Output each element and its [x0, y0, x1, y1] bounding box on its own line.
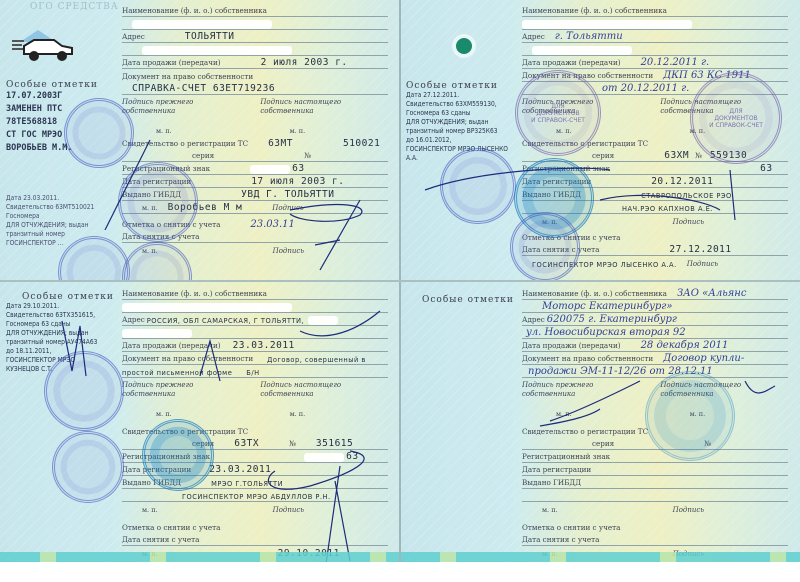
page-fold-horizontal — [0, 280, 800, 282]
signature-scribble — [0, 281, 400, 562]
scanned-document: ОГО СРЕДСТВА Особые отметки 17.07.2003Г … — [0, 0, 800, 562]
page-top-left: ОГО СРЕДСТВА Особые отметки 17.07.2003Г … — [0, 0, 400, 281]
page-bottom-right: Особые отметки Наименование (ф. и. о.) с… — [400, 281, 800, 562]
signature-scribble — [0, 0, 400, 281]
decorative-border — [400, 552, 800, 562]
signature-scribble — [400, 281, 800, 562]
decorative-border — [0, 552, 400, 562]
page-bottom-left: Особые отметки Дата 29.10.2011. Свидетел… — [0, 281, 400, 562]
green-dot-marker — [456, 38, 472, 54]
